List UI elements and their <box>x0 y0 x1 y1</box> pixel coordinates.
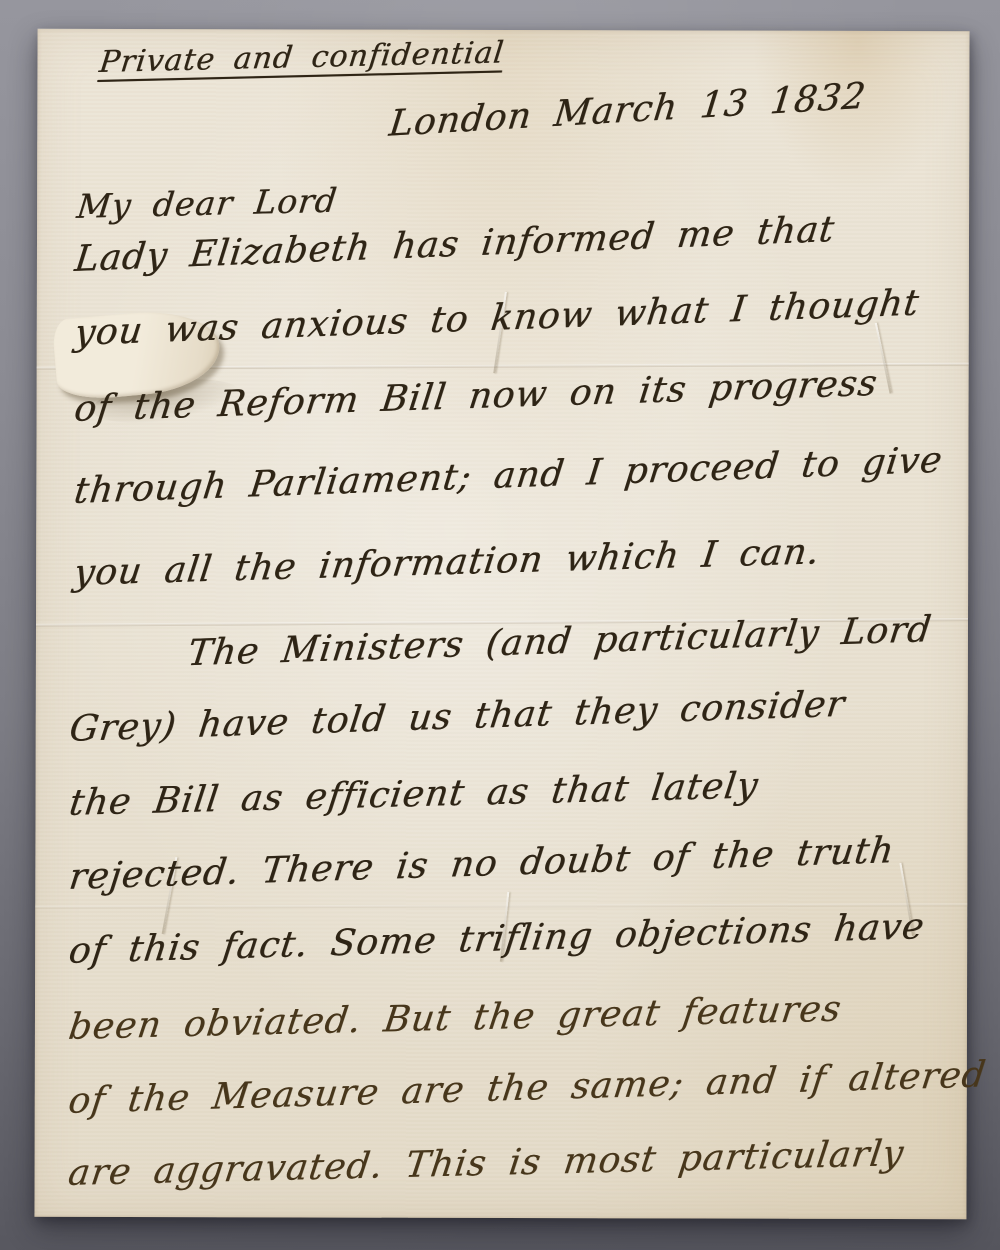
letter-dateline: London March 13 1832 <box>387 76 868 145</box>
photo-background: Private and confidential London March 13… <box>0 0 1000 1250</box>
letter-page: Private and confidential London March 13… <box>34 29 969 1219</box>
letter-heading: Private and confidential <box>97 35 506 80</box>
fold-crease-lower <box>35 903 967 908</box>
letter-line: you all the information which I can. <box>71 531 822 594</box>
letter-line: are aggravated. This is most particularl… <box>66 1133 907 1194</box>
letter-line: been obviated. But the great features <box>66 989 844 1048</box>
letter-line: the Bill as efficient as that lately <box>67 765 761 824</box>
letter-line: through Parliament; and I proceed to giv… <box>72 440 945 512</box>
letter-line: The Ministers (and particularly Lord <box>185 609 934 674</box>
letter-salutation: My dear Lord <box>75 181 340 226</box>
letter-line: Grey) have told us that they consider <box>67 684 847 750</box>
letter-line: of the Measure are the same; and if alte… <box>66 1054 989 1122</box>
letter-line: rejected. There is no doubt of the truth <box>67 830 897 898</box>
letter-line: of this fact. Some trifling objections h… <box>66 906 927 972</box>
